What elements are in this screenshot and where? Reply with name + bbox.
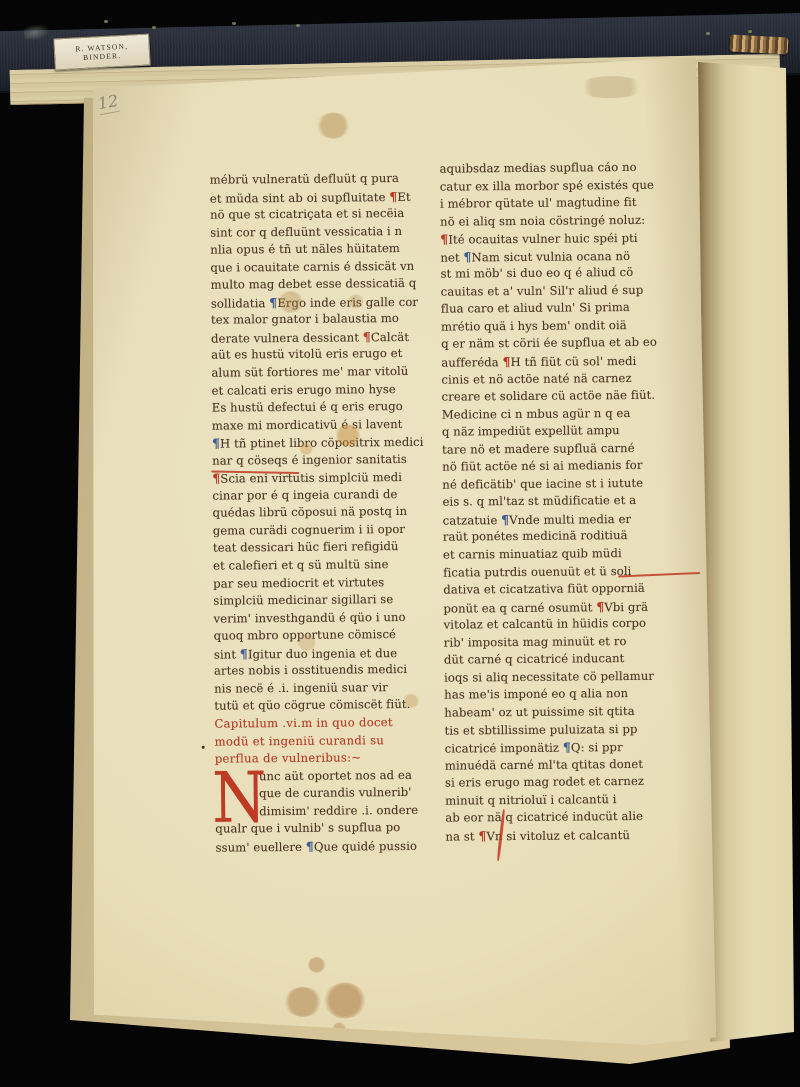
manuscript-text-line: rib' imposita mag minuüt et ro (444, 632, 696, 652)
manuscript-text-line: cinar por é q ingeia curandi de (212, 486, 438, 506)
text-segment: quédas librü cöposui nä postq in (213, 504, 408, 520)
text-segment: dimisim' reddire .i. ondere (259, 803, 418, 818)
text-segment: ab eor nä q cicatricé inducüt alie (445, 809, 643, 825)
text-segment: minuédä carné ml'ta qtitas donet (445, 756, 643, 772)
text-segment: artes nobis i osstituendis medici (214, 662, 407, 678)
text-segment: teat dessicari hüc fieri refigidü (213, 539, 399, 555)
manuscript-text-line: cicatricé imponätiz ¶Q: si ppr (445, 737, 697, 757)
manuscript-text-line: düt carné q cicatricé inducant (444, 650, 696, 670)
manuscript-text-line: raüt ponétes medicinä roditiuä (443, 527, 695, 547)
manuscript-text-line: net ¶Nam sicut vulnia ocana nö (440, 246, 692, 266)
text-segment: düt carné q cicatricé inducant (444, 651, 625, 667)
text-segment: tis et sbtillissime puluizata si pp (444, 721, 637, 737)
text-segment: nlia opus é tñ ut näles hüitatem (210, 241, 400, 257)
manuscript-text-line: quoq mbro opportune cömiscé (214, 626, 440, 646)
red-paraph-mark: ¶ (212, 471, 220, 486)
parchment-stain (297, 635, 317, 651)
text-segment: raüt ponétes medicinä roditiuä (443, 528, 628, 544)
text-segment: aüt es hustü vitolü eris erugo et (211, 346, 402, 362)
text-segment: cinar por é q ingeia curandi de (212, 487, 397, 503)
text-segment: Igitur duo ingenia et due (248, 646, 397, 661)
text-segment: Que quidé pussio (314, 839, 417, 854)
text-segment: maxe mi mordicativü é si lavent (212, 417, 403, 433)
text-segment: si eris erugo mag rodet et carnez (445, 774, 644, 790)
text-segment: et müda sint ab oi supfluitate (210, 190, 390, 206)
manuscript-text-line: Medicine ci n mbus agür n q ea (442, 404, 694, 424)
text-segment: st mi möb' si duo eo q é aliud cö (440, 265, 633, 281)
blue-paraph-mark: ¶ (240, 646, 248, 661)
text-segment: que de curandis vulnerib' (259, 785, 412, 800)
manuscript-text-line: sint ¶Igitur duo ingenia et due (214, 643, 440, 663)
manuscript-text-line: nö que st cicatriçata et si necëia (210, 205, 436, 225)
manuscript-text-line: creare et solidare cü actöe näe fiüt. (442, 387, 694, 407)
text-segment: flua caro et aliud vuln' Si prima (441, 300, 630, 316)
parchment-stain (576, 76, 646, 99)
manuscript-text-line: que i ocauitate carnis é dssicät vn (210, 257, 436, 277)
binder-ticket-line2: BINDER. (83, 52, 122, 61)
rubric-line: Capitulum .vi.m in quo docet (214, 714, 440, 734)
manuscript-text-line: né deficätib' que iacine st i iutute (442, 474, 694, 494)
binder-ticket: R. WATSON, BINDER. (53, 34, 151, 71)
rubric-line: modü et ingeniü curandi su (215, 731, 441, 751)
text-segment: par seu mediocrit et virtutes (213, 575, 384, 590)
red-paraph-mark: ¶ (389, 189, 397, 204)
text-segment: et carnis minuatiaz quib müdi (443, 546, 622, 562)
manuscript-text-line: tex malor gnator i balaustia mo (211, 310, 437, 330)
manuscript-text-line: cinis et nö actöe naté nä carnez (441, 369, 693, 389)
manuscript-text-line: quédas librü cöposui nä postq in (213, 503, 439, 523)
manuscript-text-line: nar q cöseqs é ingenior sanitatis (212, 450, 438, 470)
text-segment: modü et ingeniü curandi su (215, 733, 385, 748)
manuscript-text-line: et calefieri et q sü multü sine (213, 556, 439, 576)
manuscript-text-line: dativa et cicatzativa fiüt opporniä (443, 580, 695, 600)
text-segment: multo mag debet esse dessicatiä q (211, 276, 417, 292)
text-segment: simplciü medicinar sigillari se (213, 592, 393, 608)
manuscript-text-line: Es hustü defectui é q eris erugo (212, 398, 438, 418)
folio-number-pencil: 12 (96, 91, 120, 115)
manuscript-text-line: cauitas et a' vuln' Sil'r aliud é sup (441, 281, 693, 301)
text-segment: rib' imposita mag minuüt et ro (444, 634, 627, 650)
debris-speck (296, 24, 300, 27)
text-segment: ponüt ea q carné osumüt (443, 600, 596, 615)
manuscript-text-line: nö ei aliq sm noia cöstringé noluz: (440, 211, 692, 231)
text-segment: ioqs si aliq necessitate cö pellamur (444, 669, 654, 685)
text-segment: cicatricé imponätiz (445, 741, 563, 756)
manuscript-text-line: ab eor nä q cicatricé inducüt alie (445, 808, 697, 828)
red-paraph-mark: ¶ (363, 329, 371, 344)
text-segment: i mébror qütate ul' magtudine fit (440, 195, 637, 211)
manuscript-text-line: aüt es hustü vitolü eris erugo et (211, 345, 437, 365)
manuscript-text-line: verim' investhgandü é qüo i uno (213, 608, 439, 628)
parchment-stain (299, 443, 313, 455)
left-text-column: mébrü vulneratü defluüt q puraet müda si… (210, 170, 442, 856)
manuscript-text-line: si eris erugo mag rodet et carnez (445, 773, 697, 793)
manuscript-text-line: minuédä carné ml'ta qtitas donet (445, 755, 697, 775)
manuscript-text-line: ¶Ité ocauitas vulner huic spéi pti (440, 229, 692, 249)
text-segment: creare et solidare cü actöe näe fiüt. (442, 388, 656, 404)
text-segment: catzatuie (443, 513, 502, 528)
text-segment: q näz impediüt expellüt ampu (442, 423, 620, 439)
text-segment: derate vulnera dessicant (211, 330, 363, 345)
red-chapter-initial: N (212, 759, 255, 847)
manuscript-text-line: teat dessicari hüc fieri refigidü (213, 538, 439, 558)
manuscript-page: 12 mébrü vulneratü defluüt q puraet müda… (84, 55, 717, 1052)
red-paraph-mark: ¶ (440, 232, 448, 247)
manuscript-text-line: na st ¶Vn si vitoluz et calcantü (445, 825, 697, 845)
parchment-stain (278, 291, 304, 313)
manuscript-text-line: ponüt ea q carné osumüt ¶Vbi grä (443, 597, 695, 617)
manuscript-text-line: flua caro et aliud vuln' Si prima (441, 299, 693, 319)
text-segment: tare nö et madere supfluä carné (442, 441, 635, 457)
text-segment: Vbi grä (604, 600, 648, 614)
manuscript-text-line: q er näm st cörii ée supflua et ab eo (441, 334, 693, 354)
manuscript-text-line: sollidatia ¶Ergo inde eris galle cor (211, 292, 437, 312)
manuscript-text-line: et müda sint ab oi supfluitate ¶Et (210, 187, 436, 207)
red-paraph-mark: ¶ (478, 828, 486, 843)
debris-speck (706, 32, 710, 35)
blue-paraph-mark: ¶ (212, 436, 220, 451)
text-segment: nis necë é .i. ingeniü suar vir (214, 680, 388, 696)
text-segment: dativa et cicatzativa fiüt opporniä (443, 581, 645, 597)
text-segment: Q: si ppr (571, 740, 623, 754)
manuscript-text-line: multo mag debet esse dessicatiä q (211, 275, 437, 295)
text-segment: nö que st cicatriçata et si necëia (210, 206, 404, 222)
manuscript-text-line: ¶H tñ ptinet libro cöpositrix medici (212, 433, 438, 453)
red-paraph-mark: ¶ (596, 599, 604, 614)
text-segment: minuit q nitrioluï i calcantü i (445, 792, 617, 807)
debris-speck (232, 22, 236, 25)
photograph-of-manuscript: R. WATSON, BINDER. 12 mébrü vulneratü de… (0, 0, 800, 1087)
text-segment: et calcati eris erugo mino hyse (212, 382, 396, 398)
manuscript-text-line: alum süt fortiores me' mar vitolü (211, 363, 437, 383)
text-segment: ficatia putrdis ouenuüt et ü soli (443, 564, 631, 580)
manuscript-text-line: et calcati eris erugo mino hyse (211, 380, 437, 400)
parchment-stain (403, 694, 419, 708)
text-segment: sint (214, 647, 240, 661)
right-text-column: aquibsdaz medias supflua cáo nocatur ex … (440, 158, 698, 845)
manuscript-text-line: catur ex illa morbor spé existés que (440, 176, 692, 196)
manuscript-text-line: mébrü vulneratü defluüt q pura (210, 170, 436, 190)
manuscript-text-line: vitolaz et calcantü in hüidis corpo (444, 615, 696, 635)
text-segment: Es hustü defectui é q eris erugo (212, 399, 403, 415)
manuscript-text-line: derate vulnera dessicant ¶Calcät (211, 328, 437, 348)
text-segment: na st (445, 829, 478, 843)
manuscript-text-line: maxe mi mordicativü é si lavent (212, 415, 438, 435)
manuscript-text-line: eis s. q ml'taz st müdificatie et a (442, 492, 694, 512)
text-segment: Vnde multi media er (509, 512, 631, 527)
text-segment: aufferéda (441, 355, 502, 370)
text-segment: mébrü vulneratü defluüt q pura (210, 171, 399, 187)
manuscript-text-line: artes nobis i osstituendis medici (214, 661, 440, 681)
manuscript-text-line: gema curädi cognuerim i ii opor (213, 521, 439, 541)
text-segment: gema curädi cognuerim i ii opor (213, 522, 405, 538)
text-segment: né deficätib' que iacine st i iutute (442, 476, 643, 492)
text-segment: aquibsdaz medias supflua cáo no (440, 160, 637, 176)
manuscript-text-line: et carnis minuatiaz quib müdi (443, 544, 695, 564)
manuscript-text-line: tare nö et madere supfluä carné (442, 439, 694, 459)
parchment-stain (324, 982, 366, 1018)
text-segment: sint cor q defluünt vessicatia i n (210, 224, 402, 240)
text-segment: unc aüt oportet nos ad ea (259, 767, 412, 782)
manuscript-text-line: habeam' oz ut puissime sit qtita (444, 702, 696, 722)
text-segment: mrétio quä i hys bem' ondit oiä (441, 318, 627, 334)
blue-paraph-mark: ¶ (501, 512, 509, 527)
manuscript-text-line: tis et sbtillissime puluizata si pp (444, 720, 696, 740)
text-segment: net (440, 250, 463, 264)
manuscript-text-line: st mi möb' si duo eo q é aliud cö (440, 264, 692, 284)
manuscript-text-line: simplciü medicinar sigillari se (213, 591, 439, 611)
manuscript-text-line: ioqs si aliq necessitate cö pellamur (444, 667, 696, 687)
text-segment: H tñ ptinet libro cöpositrix medici (220, 435, 424, 451)
parchment-stain (308, 957, 326, 973)
text-segment: Ité ocauitas vulner huic spéi pti (448, 231, 637, 247)
manuscript-text-line: minuit q nitrioluï i calcantü i (445, 790, 697, 810)
manuscript-text-line: nlia opus é tñ ut näles hüitatem (210, 240, 436, 260)
manuscript-text-line: par seu mediocrit et virtutes (213, 573, 439, 593)
parchment-stain (335, 424, 361, 446)
text-segment: habeam' oz ut puissime sit qtita (444, 704, 634, 720)
text-segment: verim' investhgandü é qüo i uno (213, 610, 405, 626)
text-segment: q er näm st cörii ée supflua et ab eo (441, 335, 657, 351)
manuscript-text-line: catzatuie ¶Vnde multi media er (443, 509, 695, 529)
blue-paraph-mark: ¶ (269, 295, 277, 310)
manuscript-text-line: mrétio quä i hys bem' ondit oiä (441, 316, 693, 336)
parchment-stain (348, 294, 364, 308)
manuscript-text-line: nö fiüt actöe né si ai medianis for (442, 457, 694, 477)
parchment-stain (316, 112, 350, 138)
text-segment: cauitas et a' vuln' Sil'r aliud é sup (441, 283, 644, 299)
margin-ink-dot (202, 746, 205, 749)
manuscript-text-line: ficatia putrdis ouenuüt et ü soli (443, 562, 695, 582)
text-segment: nö fiüt actöe né si ai medianis for (442, 458, 642, 474)
text-segment: Calcät (371, 330, 409, 344)
text-segment: tutü et qüo cögrue cömiscët fiüt. (214, 697, 410, 713)
text-segment: Medicine ci n mbus agür n q ea (442, 406, 631, 422)
text-segment: sollidatia (211, 296, 270, 311)
manuscript-text-line: i mébror qütate ul' magtudine fit (440, 194, 692, 214)
text-segment: has me'is imponé eo q alia non (444, 686, 628, 702)
debris-speck (748, 30, 752, 33)
text-segment: vitolaz et calcantü in hüidis corpo (444, 616, 647, 632)
manuscript-text-line: sint cor q defluünt vessicatia i n (210, 222, 436, 242)
text-segment: catur ex illa morbor spé existés que (440, 177, 654, 193)
text-segment: Capitulum .vi.m in quo docet (214, 715, 393, 731)
text-segment: nö ei aliq sm noia cöstringé noluz: (440, 212, 645, 228)
parchment-stain (284, 987, 322, 1017)
text-segment: Vn si vitoluz et calcantü (486, 828, 630, 843)
text-segment: tex malor gnator i balaustia mo (211, 311, 399, 327)
text-segment: cinis et nö actöe naté nä carnez (441, 371, 631, 387)
text-segment: Et (397, 189, 410, 203)
manuscript-text-line: q näz impediüt expellüt ampu (442, 422, 694, 442)
text-segment: Nam sicut vulnia ocana nö (471, 249, 630, 264)
text-segment: et calefieri et q sü multü sine (213, 557, 389, 573)
manuscript-text-line: has me'is imponé eo q alia non (444, 685, 696, 705)
debris-speck (152, 26, 156, 29)
endband (730, 34, 789, 54)
text-segment: alum süt fortiores me' mar vitolü (211, 364, 408, 380)
manuscript-text-line: aquibsdaz medias supflua cáo no (440, 158, 692, 178)
debris-speck (104, 20, 108, 23)
manuscript-text-line: aufferéda ¶H tñ fiüt cü sol' medi (441, 351, 693, 371)
text-segment: H tñ fiüt cü sol' medi (511, 354, 637, 369)
text-segment: que i ocauitate carnis é dssicät vn (210, 259, 414, 275)
text-segment: eis s. q ml'taz st müdificatie et a (442, 493, 636, 509)
